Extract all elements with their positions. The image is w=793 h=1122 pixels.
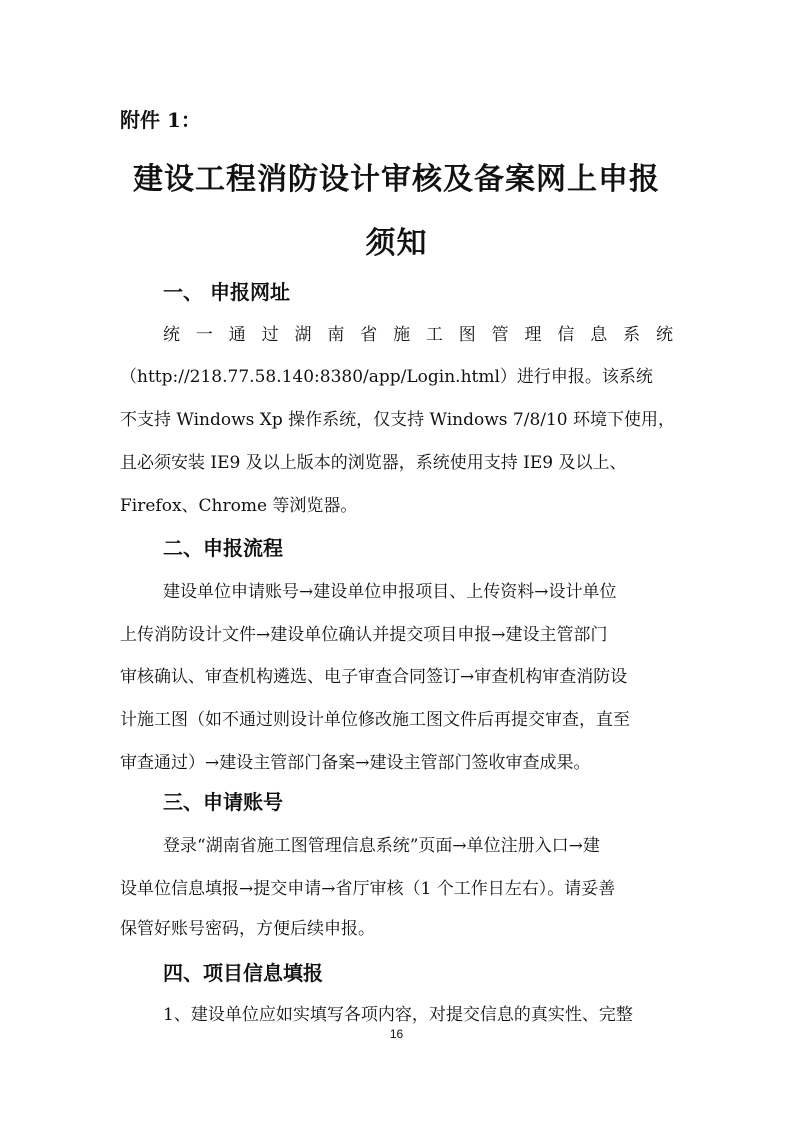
paragraph-line: 审核确认、审查机构遴选、电子审查合同签订→审查机构审查消防设: [120, 662, 673, 687]
document-title-line-2: 须知: [0, 218, 793, 262]
paragraph-line: 登录“湖南省施工图管理信息系统”页面→单位注册入口→建: [163, 831, 673, 856]
document-page: 附件 1： 建设工程消防设计审核及备案网上申报 须知 一、 申报网址 统一通过湖…: [0, 0, 793, 1122]
page-number: 16: [0, 1027, 793, 1041]
paragraph-line: 统一通过湖南省施工图管理信息系统: [163, 320, 673, 345]
paragraph-line: 保管好账号密码，方便后续申报。: [120, 914, 673, 939]
paragraph-line: 设单位信息填报→提交申请→省厅审核（1 个工作日左右）。请妥善: [120, 874, 673, 899]
section-heading-project-info: 四、项目信息填报: [163, 957, 323, 986]
paragraph-line: 且必须安装 IE9 及以上版本的浏览器，系统使用支持 IE9 及以上、: [120, 448, 673, 473]
paragraph-line: 不支持 Windows Xp 操作系统，仅支持 Windows 7/8/10 环…: [120, 405, 673, 430]
section-heading-url: 一、 申报网址: [163, 276, 290, 305]
paragraph-line: 上传消防设计文件→建设单位确认并提交项目申报→建设主管部门: [120, 620, 673, 645]
paragraph-line: Firefox、Chrome 等浏览器。: [120, 491, 673, 516]
paragraph-line: 计施工图（如不通过则设计单位修改施工图文件后再提交审查，直至: [120, 705, 673, 730]
document-title-line-1: 建设工程消防设计审核及备案网上申报: [0, 154, 793, 198]
attachment-label: 附件 1：: [120, 104, 201, 133]
paragraph-line: 审查通过）→建设主管部门备案→建设主管部门签收审查成果。: [120, 748, 673, 773]
paragraph-line: 1、建设单位应如实填写各项内容，对提交信息的真实性、完整: [163, 1000, 673, 1025]
section-heading-process: 二、申报流程: [163, 532, 283, 561]
paragraph-line: （http://218.77.58.140:8380/app/Login.htm…: [120, 362, 673, 387]
paragraph-line: 建设单位申请账号→建设单位申报项目、上传资料→设计单位: [163, 577, 673, 602]
section-heading-account: 三、申请账号: [163, 786, 283, 815]
